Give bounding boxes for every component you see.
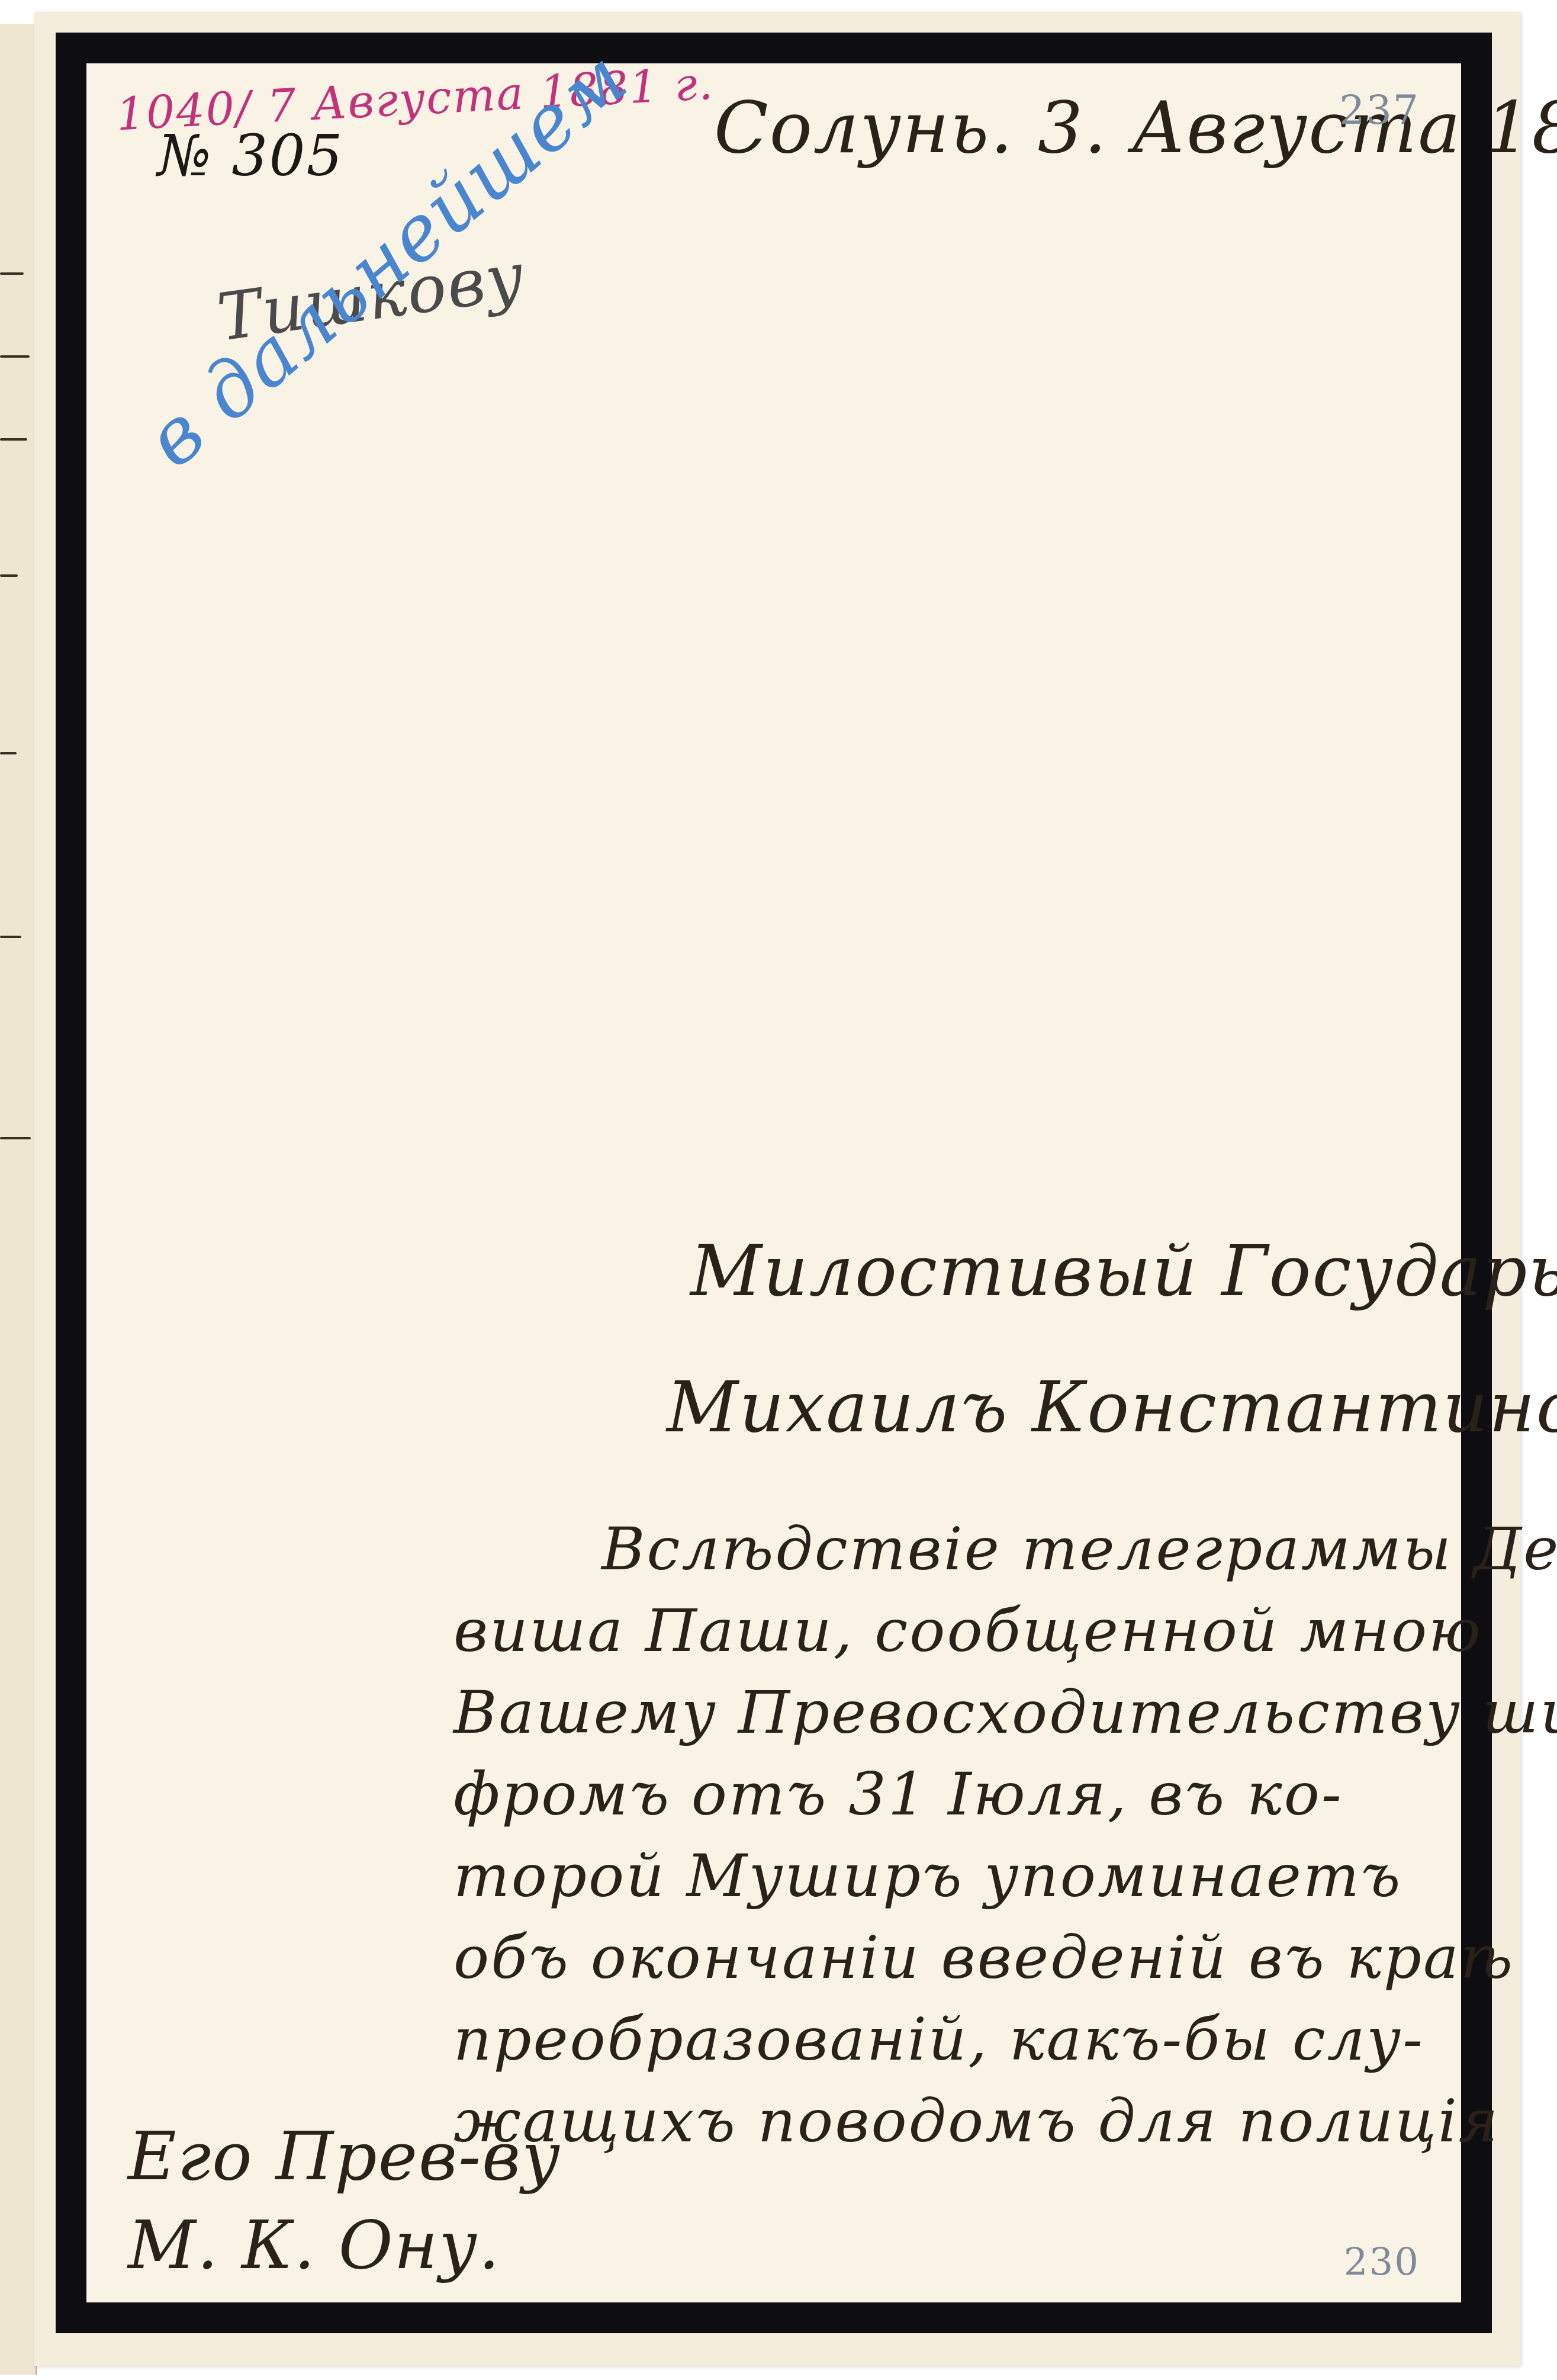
- ink-stroke: [0, 752, 17, 754]
- outgoing-number: № 305: [157, 123, 344, 189]
- body-line: преобразованій, какъ-бы слу-: [453, 1999, 1484, 2080]
- body-line: Вслѣдствіе телеграммы Дер-: [453, 1508, 1484, 1590]
- addressee-line-1: Его Прев-ву: [128, 2118, 561, 2195]
- ink-stroke: [0, 272, 24, 275]
- adjacent-page-edge: [0, 24, 37, 2375]
- ink-stroke: [0, 355, 30, 358]
- ink-stroke: [0, 1137, 31, 1139]
- salutation-line-1: Милостивый Государь: [690, 1230, 1557, 1312]
- archive-folio-bottom: 230: [1344, 2241, 1420, 2285]
- ink-stroke: [0, 574, 18, 577]
- body-line: торой Муширъ упоминаетъ: [453, 1835, 1484, 1917]
- ink-stroke: [0, 936, 21, 938]
- archive-folio-top: 237: [1339, 87, 1420, 134]
- letter-sheet: 1040/ 7 Августа 1881 г. № 305 Солунь. 3.…: [34, 12, 1520, 2366]
- body-line: Вашему Превосходительству ши-: [453, 1672, 1484, 1753]
- salutation-line-2: Михаилъ Константиновичъ,: [667, 1366, 1557, 1448]
- body-line: фромъ отъ 31 Іюля, въ ко-: [453, 1753, 1484, 1835]
- letter-body: Вслѣдствіе телеграммы Дер- виша Паши, со…: [453, 1508, 1484, 2162]
- ink-stroke: [0, 438, 27, 441]
- body-line: объ окончаніи введеній въ краѣ: [453, 1917, 1484, 1999]
- body-line: жащихъ поводомъ для полиція: [453, 2080, 1484, 2162]
- place-and-date: Солунь. 3. Августа 1881 г.: [714, 87, 1557, 169]
- addressee-line-2: М. К. Ону.: [128, 2207, 501, 2284]
- body-line: виша Паши, сообщенной мною: [453, 1590, 1484, 1672]
- mourning-border-frame: 1040/ 7 Августа 1881 г. № 305 Солунь. 3.…: [56, 33, 1492, 2333]
